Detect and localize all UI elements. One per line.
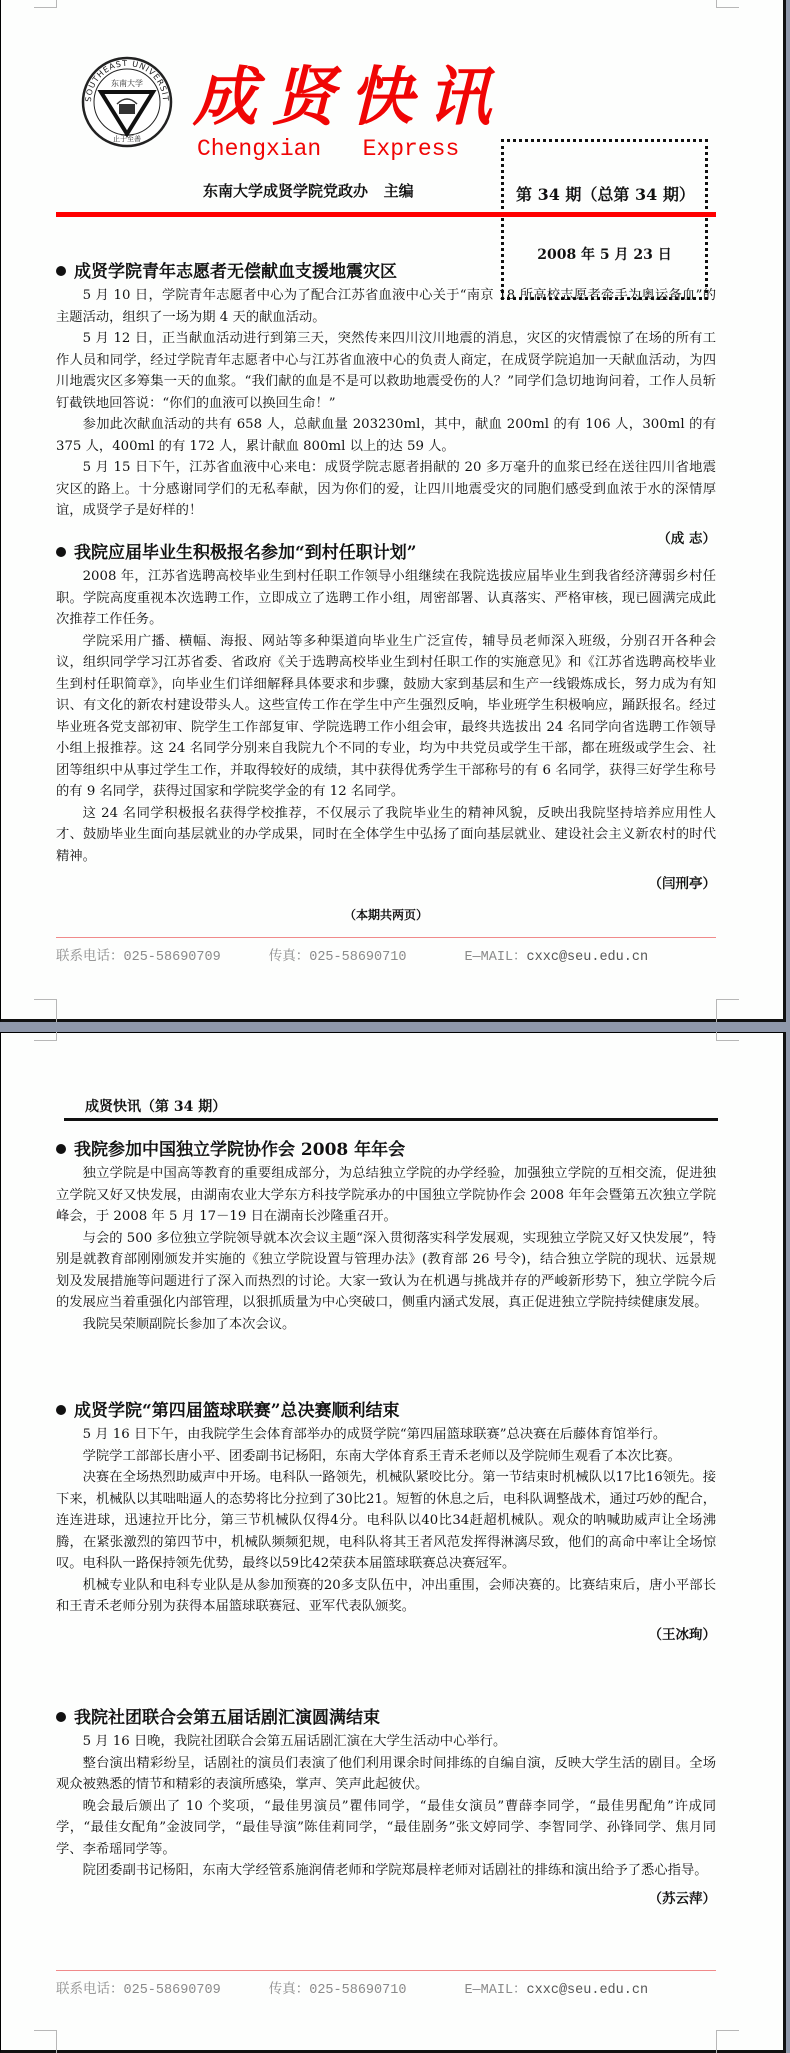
newsletter-title-cn: 成贤快讯 [193, 66, 505, 130]
article-paragraph: 我院吴荣顺副院长参加了本次会议。 [56, 1314, 716, 1336]
article-village-posts: 我院应届毕业生积极报名参加“到村任职计划” 2008 年，江苏省选聘高校毕业生到… [56, 540, 716, 927]
article-paragraph: 与会的 500 多位独立学院领导就本次会议主题“深入贯彻落实科学发展观，实现独立… [56, 1228, 716, 1314]
fax-label: 传真： [269, 944, 310, 965]
email-label: E—MAIL： [464, 1977, 526, 1998]
masthead-divider [56, 212, 716, 217]
email-address[interactable]: cxxc@seu.edu.cn [527, 950, 649, 965]
footer-divider [56, 1970, 716, 1971]
article-drama-festival: 我院社团联合会第五届话剧汇演圆满结束 5 月 16 日晚，我院社团联合会第五届话… [56, 1705, 716, 1912]
article-paragraph: 5 月 16 日下午，由我院学生会体育部举办的成贤学院“第四届篮球联赛”总决赛在… [56, 1424, 716, 1446]
bullet-icon [56, 266, 66, 276]
editor-credit: 东南大学成贤学院党政办 主编 [203, 180, 414, 201]
crop-mark [34, 1032, 57, 1041]
bullet-icon [56, 1712, 66, 1722]
article-byline: （王冰珣） [56, 1622, 716, 1648]
contact-footer: 联系电话：025-58690709传真：025-58690710E—MAIL：c… [56, 1977, 716, 1998]
phone-number: 025-58690709 [124, 1983, 221, 1998]
header-divider [64, 1118, 718, 1121]
crop-mark [716, 1032, 739, 1041]
article-paragraph: 5 月 16 日晚，我院社团联合会第五届话剧汇演在大学生活动中心举行。 [56, 1731, 716, 1753]
fax-number: 025-58690710 [309, 950, 406, 965]
pages-note: （本期共两页） [56, 903, 716, 927]
svg-text:东南大学: 东南大学 [111, 78, 143, 88]
fax-label: 传真： [269, 1977, 310, 1998]
article-paragraph: 机械专业队和电科专业队是从参加预赛的20多支队伍中，冲出重围，会师决赛的。比赛结… [56, 1575, 716, 1618]
article-paragraph: 学院采用广播、横幅、海报、网站等多种渠道向毕业生广泛宣传，辅导员老师深入班级，分… [56, 631, 716, 803]
phone-label: 联系电话： [56, 1977, 124, 1998]
article-blood-donation: 成贤学院青年志愿者无偿献血支援地震灾区 5 月 10 日，学院青年志愿者中心为了… [56, 259, 716, 552]
crop-mark [34, 0, 57, 8]
article-headline: 我院参加中国独立学院协作会 2008 年年会 [56, 1137, 716, 1163]
article-paragraph: 这 24 名同学积极报名获得学校推荐，不仅展示了我院毕业生的精神风貌，反映出我院… [56, 803, 716, 868]
article-paragraph: 独立学院是中国高等教育的重要组成部分，为总结独立学院的办学经验，加强独立学院的互… [56, 1163, 716, 1228]
fax-number: 025-58690710 [309, 1983, 406, 1998]
article-headline: 成贤学院青年志愿者无偿献血支援地震灾区 [56, 259, 716, 285]
university-seal-logo: SOUTHEAST UNIVERSITY 东南大学 止于至善 [81, 56, 173, 148]
article-headline: 成贤学院“第四届篮球联赛”总决赛顺利结束 [56, 1398, 716, 1424]
article-paragraph: 参加此次献血活动的共有 658 人，总献血量 203230ml，其中，献血 20… [56, 414, 716, 457]
article-independent-college-meeting: 我院参加中国独立学院协作会 2008 年年会 独立学院是中国高等教育的重要组成部… [56, 1137, 716, 1335]
bullet-icon [56, 547, 66, 557]
phone-label: 联系电话： [56, 944, 124, 965]
article-paragraph: 5 月 12 日，正当献血活动进行到第三天，突然传来四川汶川地震的消息，灾区的灾… [56, 328, 716, 414]
email-address[interactable]: cxxc@seu.edu.cn [527, 1983, 649, 1998]
crop-mark [716, 2030, 739, 2053]
article-headline: 我院应届毕业生积极报名参加“到村任职计划” [56, 540, 716, 566]
crop-mark [34, 2030, 57, 2053]
article-paragraph: 5 月 15 日下午，江苏省血液中心来电：成贤学院志愿者捐献的 20 多万毫升的… [56, 457, 716, 522]
article-byline: （苏云萍） [56, 1886, 716, 1912]
article-paragraph: 晚会最后颁出了 10 个奖项，“最佳男演员”瞿伟同学，“最佳女演员”曹薛李同学，… [56, 1796, 716, 1861]
article-paragraph: 5 月 10 日，学院青年志愿者中心为了配合江苏省血液中心关于“南京 18 所高… [56, 285, 716, 328]
crop-mark [716, 0, 739, 8]
issue-number: 第 34 期（总第 34 期） [516, 182, 695, 205]
running-header: 成贤快讯（第 34 期） [85, 1096, 226, 1116]
contact-footer: 联系电话：025-58690709传真：025-58690710E—MAIL：c… [56, 944, 716, 965]
article-byline: （闫刑亭） [56, 871, 716, 897]
email-label: E—MAIL： [464, 944, 526, 965]
article-paragraph: 决赛在全场热烈助威声中开场。电科队一路领先，机械队紧咬比分。第一节结束时机械队以… [56, 1467, 716, 1575]
footer-divider [56, 937, 716, 938]
bullet-icon [56, 1144, 66, 1154]
article-paragraph: 学院学工部部长唐小平、团委副书记杨阳，东南大学体育系王青禾老师以及学院师生观看了… [56, 1446, 716, 1468]
document-page-1: SOUTHEAST UNIVERSITY 东南大学 止于至善 成贤快讯 Chen… [0, 0, 786, 1022]
newsletter-title-en: Chengxian Express [197, 136, 459, 162]
crop-mark [716, 999, 739, 1022]
article-paragraph: 整台演出精彩纷呈，话剧社的演员们表演了他们利用课余时间排练的自编自演，反映大学生… [56, 1753, 716, 1796]
article-headline: 我院社团联合会第五届话剧汇演圆满结束 [56, 1705, 716, 1731]
bullet-icon [56, 1405, 66, 1415]
article-basketball-final: 成贤学院“第四届篮球联赛”总决赛顺利结束 5 月 16 日下午，由我院学生会体育… [56, 1398, 716, 1648]
document-page-2: 成贤快讯（第 34 期） 我院参加中国独立学院协作会 2008 年年会 独立学院… [0, 1032, 786, 2053]
phone-number: 025-58690709 [124, 950, 221, 965]
svg-text:止于至善: 止于至善 [113, 134, 141, 143]
article-paragraph: 院团委副书记杨阳，东南大学经管系施润倩老师和学院郑晨梓老师对话剧社的排练和演出给… [56, 1860, 716, 1882]
article-paragraph: 2008 年，江苏省选聘高校毕业生到村任职工作领导小组继续在我院选拔应届毕业生到… [56, 566, 716, 631]
crop-mark [34, 999, 57, 1022]
